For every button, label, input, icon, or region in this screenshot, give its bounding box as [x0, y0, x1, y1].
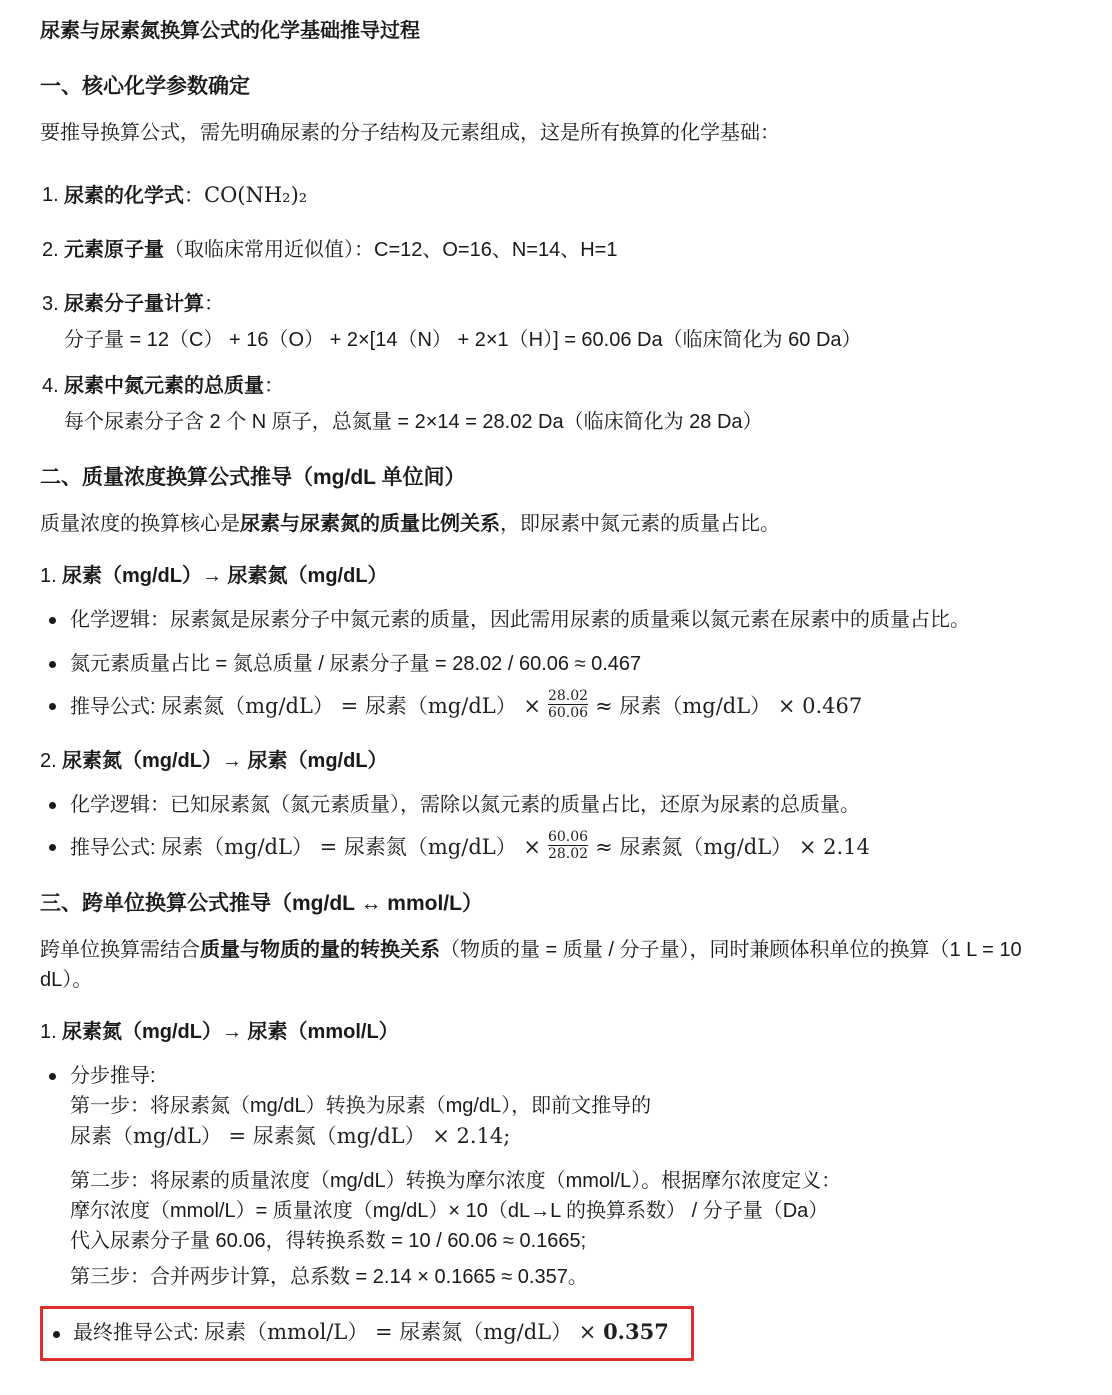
- subsection-label: 尿素（mg/dL）→ 尿素氮（mg/dL）: [62, 565, 388, 587]
- param-detail: 每个尿素分子含 2 个 N 原子，总氮量 = 2×14 = 28.02 Da（临…: [64, 407, 1072, 437]
- bullet-item-formula: 推导公式: 尿素（mg/dL） = 尿素氮（mg/dL） ×60.0628.02…: [40, 832, 1072, 865]
- param-number: 2.: [42, 235, 59, 265]
- bullet-text: 化学逻辑：尿素氮是尿素分子中氮元素的质量，因此需用尿素的质量乘以氮元素在尿素中的…: [70, 609, 970, 631]
- bullet-icon: [49, 802, 56, 809]
- subsection-heading-2-2: 2.尿素氮（mg/dL）→ 尿素（mg/dL）: [40, 746, 1072, 776]
- param-item-2: 2.元素原子量（取临床常用近似值）：C=12、O=16、N=14、H=1: [40, 235, 1072, 265]
- step-3-text: 第三步：合并两步计算，总系数 = 2.14 × 0.1665 ≈ 0.357。: [70, 1262, 1072, 1292]
- intro-paragraph-2: 质量浓度的换算核心是尿素与尿素氮的质量比例关系，即尿素中氮元素的质量占比。: [40, 509, 1072, 539]
- subsection-label: 尿素氮（mg/dL）→ 尿素（mmol/L）: [62, 1021, 399, 1043]
- bullet-item-formula: 推导公式: 尿素氮（mg/dL） = 尿素（mg/dL） ×28.0260.06…: [40, 691, 1072, 724]
- page-title: 尿素与尿素氮换算公式的化学基础推导过程: [40, 16, 1072, 46]
- param-item-1: 1.尿素的化学式：CO(NH₂)₂: [40, 180, 1072, 211]
- subsection-number: 1.: [40, 1017, 57, 1047]
- final-formula: 尿素（mmol/L） = 尿素氮（mg/dL） × 0.357: [204, 1320, 669, 1344]
- param-label: 尿素中氮元素的总质量: [64, 375, 264, 397]
- fraction-numerator: 60.06: [548, 829, 588, 845]
- section-heading-3: 三、跨单位换算公式推导（mg/dL ↔ mmol/L）: [40, 889, 1072, 919]
- intro3-bold: 质量与物质的量的转换关系: [200, 939, 440, 961]
- math-pre: 尿素氮（mg/dL） = 尿素（mg/dL） ×: [161, 694, 541, 718]
- bullet-icon: [49, 661, 56, 668]
- formula-label: 推导公式:: [70, 837, 156, 859]
- fraction: 28.0260.06: [548, 688, 588, 721]
- param-colon: ：: [204, 293, 224, 315]
- math-pre: 尿素（mg/dL） = 尿素氮（mg/dL） ×: [161, 835, 541, 859]
- param-label: 尿素的化学式: [64, 185, 184, 207]
- step-1-formula: 尿素（mg/dL） = 尿素氮（mg/dL） × 2.14;: [70, 1121, 1072, 1152]
- intro-paragraph-3: 跨单位换算需结合质量与物质的量的转换关系（物质的量 = 质量 / 分子量），同时…: [40, 935, 1072, 995]
- intro-paragraph-1: 要推导换算公式，需先明确尿素的分子结构及元素组成，这是所有换算的化学基础：: [40, 118, 1072, 148]
- intro2-post: ，即尿素中氮元素的质量占比。: [500, 513, 780, 535]
- fraction-denominator: 28.02: [548, 845, 588, 862]
- fraction-denominator: 60.06: [548, 704, 588, 721]
- math-formula: 尿素（mg/dL） = 尿素氮（mg/dL） ×60.0628.02≈ 尿素氮（…: [161, 835, 870, 859]
- subsection-heading-2-1: 1.尿素（mg/dL）→ 尿素氮（mg/dL）: [40, 561, 1072, 591]
- math-formula: 尿素氮（mg/dL） = 尿素（mg/dL） ×28.0260.06≈ 尿素（m…: [161, 694, 862, 718]
- final-math-value: 0.357: [603, 1319, 669, 1344]
- bullet-icon: [49, 1073, 56, 1080]
- param-list: 1.尿素的化学式：CO(NH₂)₂ 2.元素原子量（取临床常用近似值）：C=12…: [40, 180, 1072, 437]
- math-post: ≈ 尿素（mg/dL） × 0.467: [595, 694, 862, 718]
- param-item-3: 3.尿素分子量计算： 分子量 = 12（C） + 16（O） + 2×[14（N…: [40, 289, 1072, 355]
- param-label: 元素原子量: [64, 239, 164, 261]
- bullet-item: 化学逻辑：已知尿素氮（氮元素质量），需除以氮元素的质量占比，还原为尿素的总质量。: [40, 790, 1072, 820]
- param-colon: ：: [184, 185, 204, 207]
- math-post: ≈ 尿素氮（mg/dL） × 2.14: [595, 835, 870, 859]
- param-label: 尿素分子量计算: [64, 293, 204, 315]
- fraction: 60.0628.02: [548, 829, 588, 862]
- step-2-text-3: 代入尿素分子量 60.06，得转换系数 = 10 / 60.06 ≈ 0.166…: [70, 1226, 1072, 1256]
- bullet-item: 氮元素质量占比 = 氮总质量 / 尿素分子量 = 28.02 / 60.06 ≈…: [40, 649, 1072, 679]
- bullet-icon: [49, 844, 56, 851]
- section-heading-1: 一、核心化学参数确定: [40, 72, 1072, 102]
- final-math-pre: 尿素（mmol/L） = 尿素氮（mg/dL） ×: [204, 1320, 596, 1344]
- intro2-pre: 质量浓度的换算核心是: [40, 513, 240, 535]
- intro3-pre: 跨单位换算需结合: [40, 939, 200, 961]
- param-detail: 分子量 = 12（C） + 16（O） + 2×[14（N） + 2×1（H）]…: [64, 325, 1072, 355]
- section-heading-2: 二、质量浓度换算公式推导（mg/dL 单位间）: [40, 463, 1072, 493]
- bullet-item: 化学逻辑：尿素氮是尿素分子中氮元素的质量，因此需用尿素的质量乘以氮元素在尿素中的…: [40, 605, 1072, 635]
- bullet-icon: [49, 617, 56, 624]
- bullet-icon: [53, 1331, 60, 1338]
- step-1-text: 第一步：将尿素氮（mg/dL）转换为尿素（mg/dL），即前文推导的: [70, 1091, 1072, 1121]
- document: 尿素与尿素氮换算公式的化学基础推导过程 一、核心化学参数确定 要推导换算公式，需…: [0, 0, 1112, 1361]
- chemical-formula: CO(NH₂)₂: [204, 183, 307, 207]
- highlight-box: 最终推导公式: 尿素（mmol/L） = 尿素氮（mg/dL） × 0.357: [40, 1306, 694, 1361]
- fraction-numerator: 28.02: [548, 688, 588, 704]
- bullet-text: 氮元素质量占比 = 氮总质量 / 尿素分子量 = 28.02 / 60.06 ≈…: [70, 653, 641, 675]
- step-2-text-1: 第二步：将尿素的质量浓度（mg/dL）转换为摩尔浓度（mmol/L）。根据摩尔浓…: [70, 1166, 1072, 1196]
- bullet-item-steps: 分步推导: 第一步：将尿素氮（mg/dL）转换为尿素（mg/dL），即前文推导的…: [40, 1061, 1072, 1292]
- param-item-4: 4.尿素中氮元素的总质量： 每个尿素分子含 2 个 N 原子，总氮量 = 2×1…: [40, 371, 1072, 437]
- bullet-text: 化学逻辑：已知尿素氮（氮元素质量），需除以氮元素的质量占比，还原为尿素的总质量。: [70, 794, 860, 816]
- subsection-heading-3-1: 1.尿素氮（mg/dL）→ 尿素（mmol/L）: [40, 1017, 1072, 1047]
- subsection-number: 1.: [40, 561, 57, 591]
- intro2-bold: 尿素与尿素氮的质量比例关系: [240, 513, 500, 535]
- param-number: 1.: [42, 180, 59, 210]
- param-text: （取临床常用近似值）：C=12、O=16、N=14、H=1: [164, 239, 617, 261]
- final-formula-label: 最终推导公式:: [73, 1322, 199, 1344]
- param-colon: ：: [264, 375, 284, 397]
- formula-label: 推导公式:: [70, 696, 156, 718]
- param-number: 3.: [42, 289, 59, 319]
- subsection-number: 2.: [40, 746, 57, 776]
- bullet-icon: [49, 703, 56, 710]
- step-2-text-2: 摩尔浓度（mmol/L）= 质量浓度（mg/dL）× 10（dL→L 的换算系数…: [70, 1196, 1072, 1226]
- param-number: 4.: [42, 371, 59, 401]
- final-formula-row: 最终推导公式: 尿素（mmol/L） = 尿素氮（mg/dL） × 0.357: [40, 1306, 1072, 1361]
- steps-title: 分步推导:: [70, 1061, 1072, 1091]
- subsection-label: 尿素氮（mg/dL）→ 尿素（mg/dL）: [62, 750, 388, 772]
